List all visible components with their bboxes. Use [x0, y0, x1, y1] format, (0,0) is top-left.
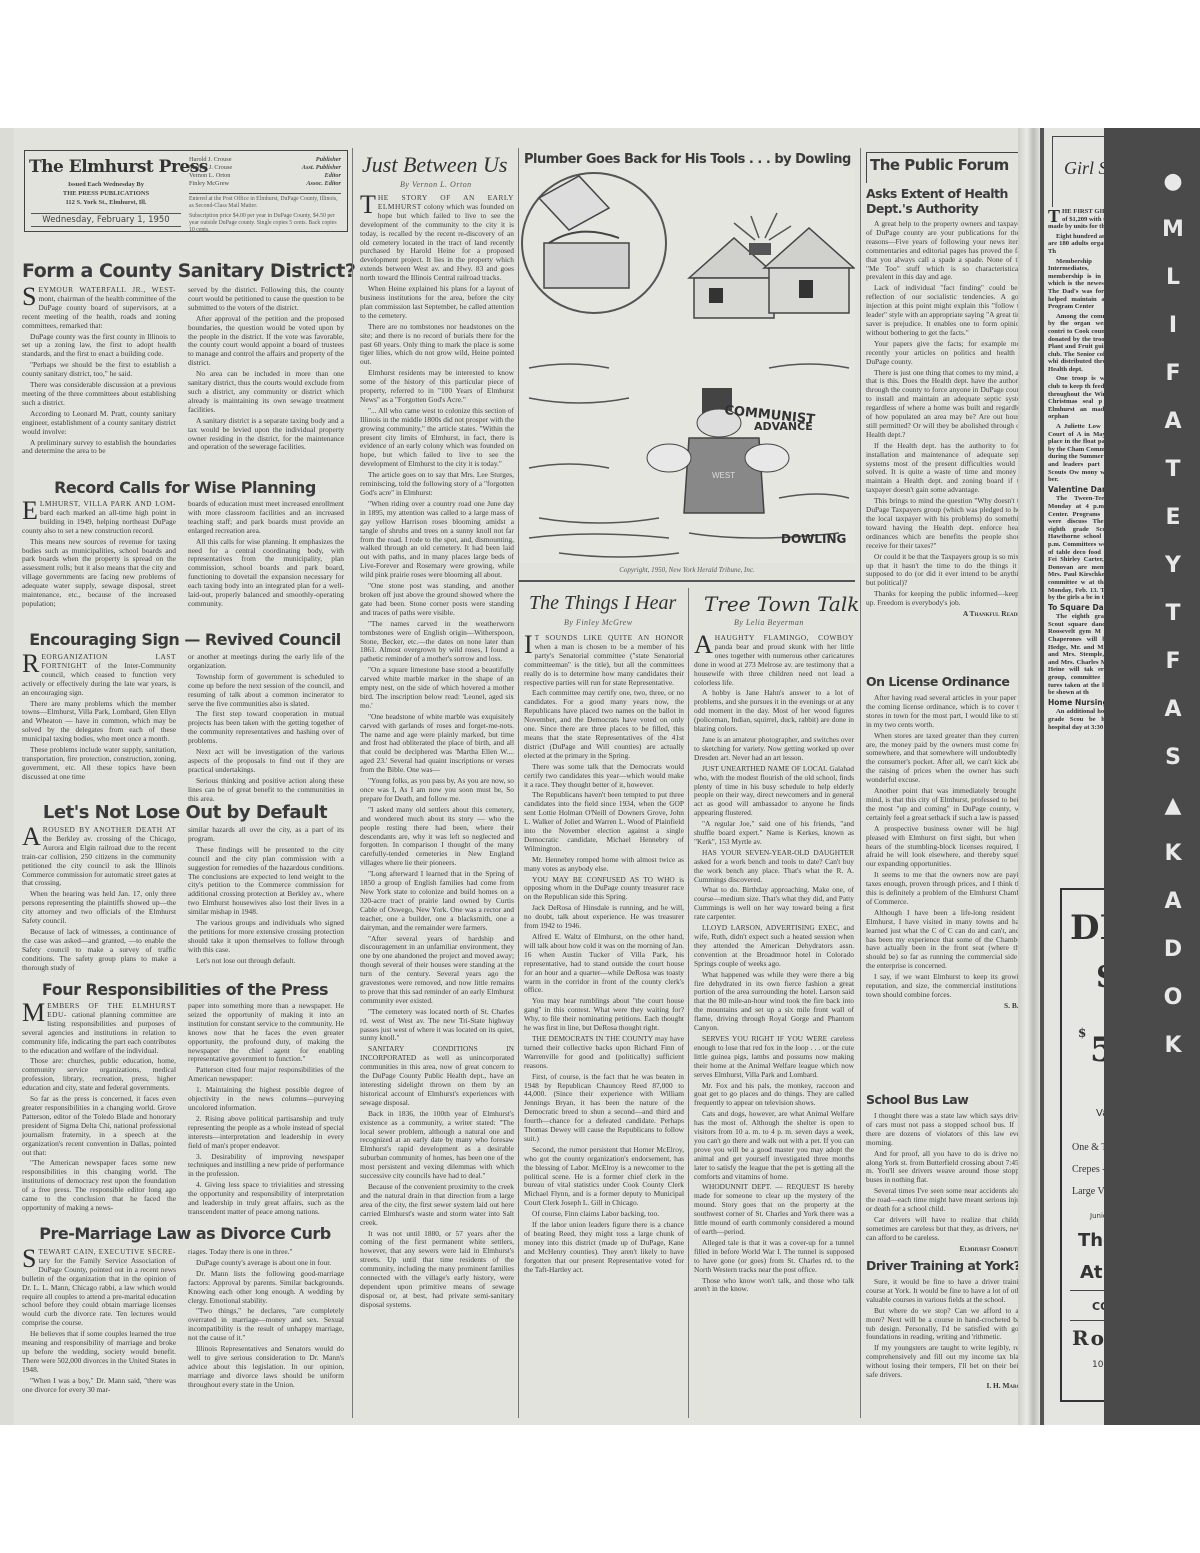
letter-body: A great help to the property owners and …: [866, 220, 1026, 621]
issue-date: Wednesday, February 1, 1950: [31, 213, 181, 227]
section-rule: [519, 580, 855, 582]
article-column: riages. Today there is one in three."DuP…: [188, 1248, 344, 1392]
staff-row: Melvin J. CrouseAsst. Publisher: [189, 164, 341, 172]
staff-row: Vernon L. OrtonEditor: [189, 172, 341, 180]
staff-list: Harold J. CrousePublisher Melvin J. Crou…: [189, 156, 341, 188]
issued-line: Issued Each Wednesday By: [31, 181, 181, 189]
cartoon-headline: Plumber Goes Back for His Tools . . . by…: [524, 152, 850, 167]
article-column: SEYMOUR WATERFALL JR., WEST- mont, chair…: [22, 286, 176, 458]
svg-text:ADVANCE: ADVANCE: [754, 420, 813, 433]
ad-price-symbol: $: [1078, 1026, 1086, 1040]
editorial-headline: Record Calls for Wise Planning: [22, 478, 348, 497]
film-edge-markings: ●MLIFATEYTFAS▲KADOK: [1158, 158, 1188, 1070]
article-column: boards of education must meet increased …: [188, 500, 344, 611]
editorial-headline: Form a County Sanitary District?: [22, 260, 348, 282]
letter-body: Sure, it would be fine to have a driver …: [866, 1278, 1026, 1393]
paper-title: The Elmhurst Press: [29, 157, 208, 177]
column-divider: [352, 148, 353, 1418]
letter-body: I thought there was a state law which sa…: [866, 1112, 1026, 1256]
letter-headline: On License Ordinance: [866, 674, 1009, 689]
article-column: or another at meetings during the early …: [188, 653, 344, 806]
address: 112 S. York St., Elmhurst, Ill.: [31, 199, 181, 207]
editorial-headline: Let's Not Lose Out by Default: [22, 802, 348, 823]
adjacent-headline: Girl Sc: [1064, 158, 1106, 179]
letter-headline: Asks Extent of Health Dept.'s Authority: [866, 186, 1026, 216]
editorial-cartoon: WEST COMMUNIST ADVANCE DOWLING: [519, 168, 855, 563]
article-column: STEWART CAIN, EXECUTIVE SECRE- tary for …: [22, 1248, 176, 1397]
masthead: The Elmhurst Press Issued Each Wednesday…: [24, 150, 348, 232]
article-column: similar hazards all over the city, as a …: [188, 826, 344, 968]
column-headline: The Things I Hear: [529, 592, 676, 615]
newspaper-scan: The Elmhurst Press Issued Each Wednesday…: [0, 128, 1200, 1425]
article-column: AROUSED BY ANOTHER DEATH AT the Berkley …: [22, 826, 176, 975]
page-edge: [1040, 128, 1044, 1425]
letter-headline: School Bus Law: [866, 1092, 968, 1107]
editorial-headline: Encouraging Sign — Revived Council: [22, 630, 348, 649]
column-divider: [688, 588, 689, 1418]
article-column: ELMHURST, VILLA PARK AND LOM- bard each …: [22, 500, 176, 611]
publisher-org: THE PRESS PUBLICATIONS: [31, 190, 181, 198]
staff-row: Harold J. CrousePublisher: [189, 156, 341, 164]
article-column: AHAUGHTY FLAMINGO, COWBOY panda bear and…: [694, 634, 854, 1414]
byline: By Finley McGrew: [564, 618, 633, 627]
subscription-note: Subscription price $4.00 per year in DuP…: [189, 213, 341, 233]
article-column: IT SOUNDS LIKE QUITE AN HONOR when a man…: [524, 634, 684, 1414]
adjacent-column: THE FIRST GIRL SCOUT a profit of $1,209 …: [1048, 208, 1106, 733]
article-column: THE STORY OF AN EARLY ELMHURST colony wh…: [360, 194, 514, 1414]
column-divider: [860, 148, 861, 1418]
editorial-headline: Pre-Marriage Law as Divorce Curb: [22, 1224, 348, 1243]
article-column: REORGANIZATION LAST FORTNIGHT of the Int…: [22, 653, 176, 784]
staff-row: Finley McGrewAssoc. Editor: [189, 180, 341, 188]
page-gutter: [1018, 128, 1040, 1425]
article-column: MEMBERS OF THE ELMHURST EDU- cational pl…: [22, 1002, 176, 1215]
article-column: paper into something more than a newspap…: [188, 1002, 344, 1219]
article-column: served by the district. Following this, …: [188, 286, 344, 454]
svg-text:DOWLING: DOWLING: [781, 532, 846, 546]
cartoon-credit: Copyright, 1950, New York Herald Tribune…: [519, 566, 855, 574]
entry-note: Entered at the Post Office in Elmhurst, …: [189, 193, 341, 210]
column-headline: Just Between Us: [362, 152, 507, 178]
column-headline: Tree Town Talk: [704, 592, 859, 616]
letter-headline: Driver Training at York?: [866, 1258, 1020, 1273]
byline: By Vernon L. Orton: [400, 180, 472, 189]
editorial-headline: Four Responsibilities of the Press: [22, 980, 348, 999]
letter-body: After having read several articles in yo…: [866, 694, 1026, 1013]
byline: By Lelia Beyerman: [734, 618, 804, 627]
forum-title: The Public Forum: [870, 156, 1009, 174]
editorial-page: The Elmhurst Press Issued Each Wednesday…: [14, 128, 1046, 1425]
cartoon-label-west: WEST: [712, 471, 735, 480]
